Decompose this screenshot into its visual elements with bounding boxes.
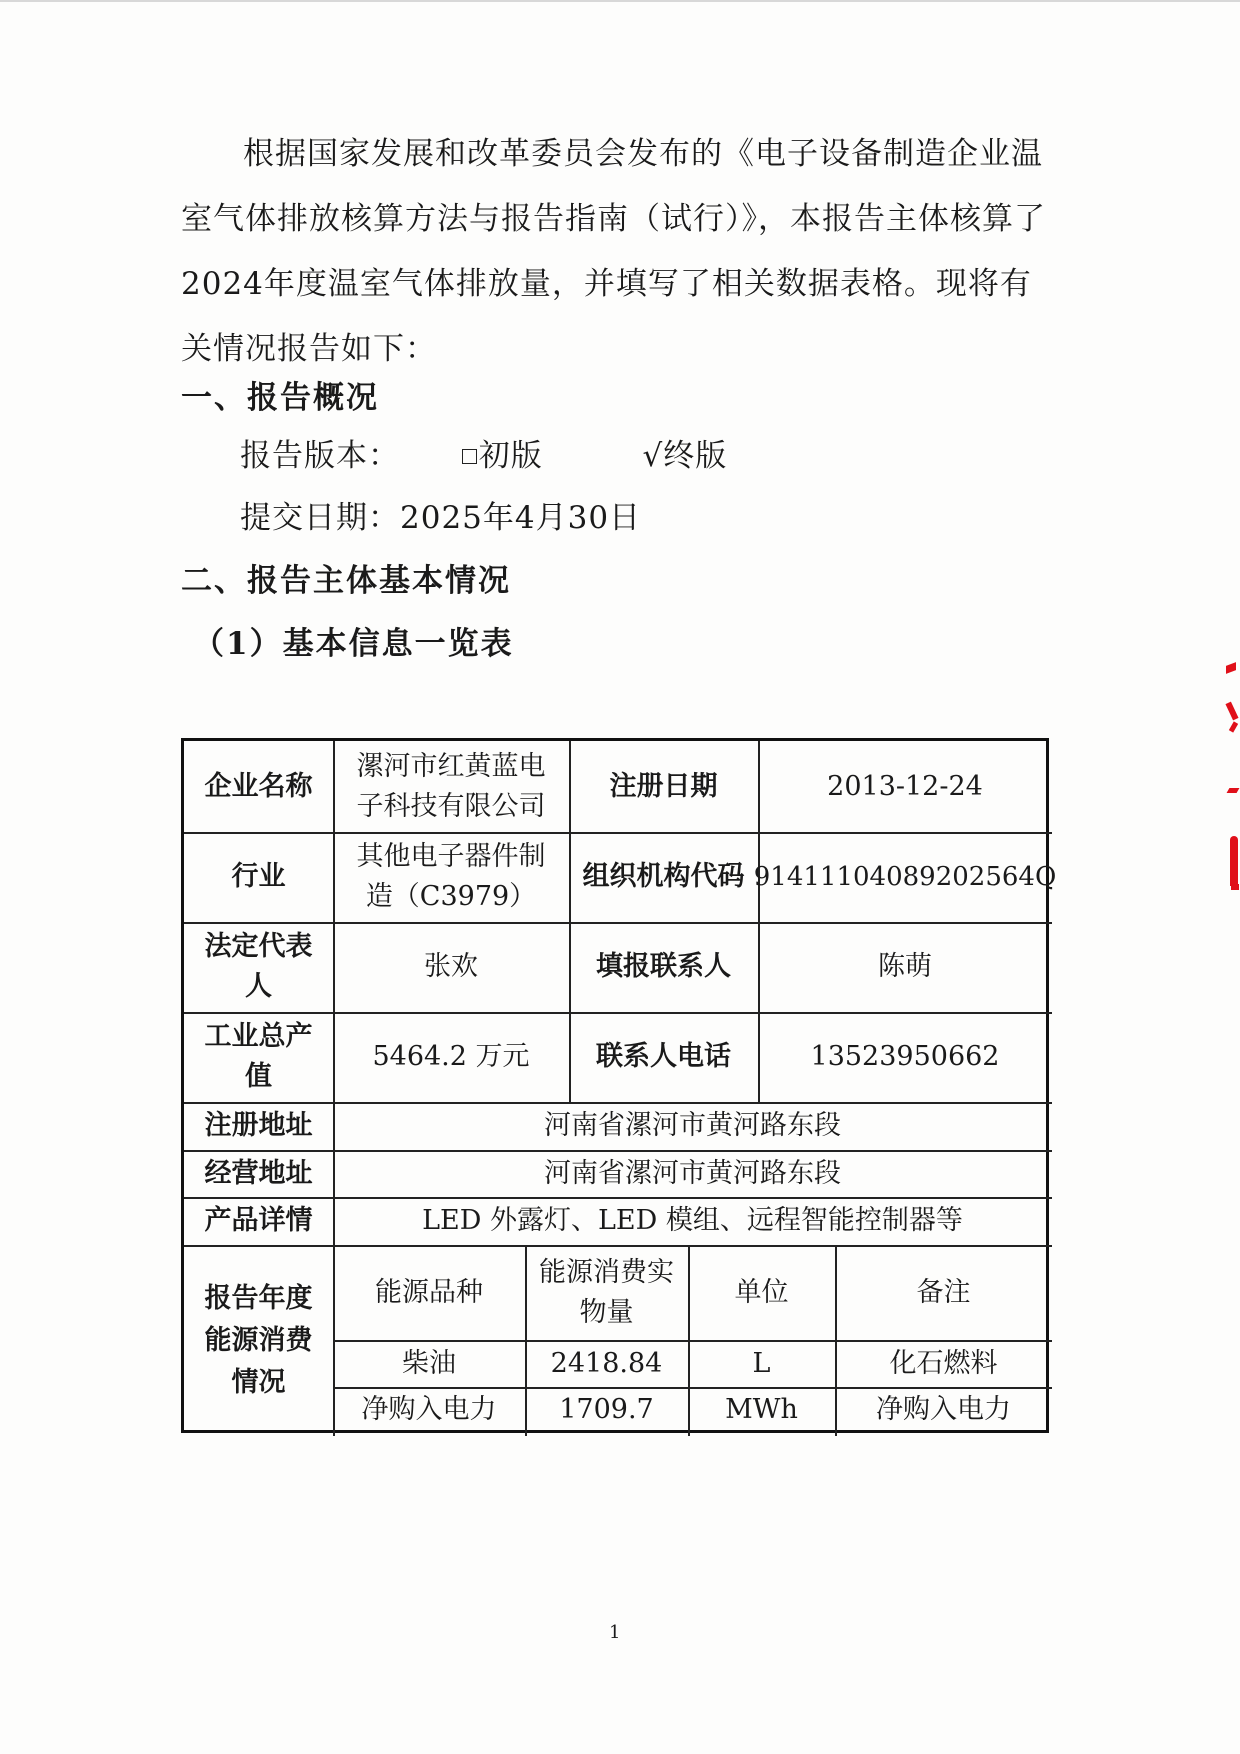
products-value: LED 外露灯、LED 模组、远程智能控制器等 (333, 1197, 1052, 1245)
biz-address-value: 河南省漯河市黄河路东段 (333, 1150, 1052, 1197)
checkmark-icon: √ (642, 438, 663, 474)
contact-value: 陈萌 (758, 922, 1052, 1012)
reg-address-label: 注册地址 (184, 1102, 333, 1150)
company-name-label: 企业名称 (184, 741, 333, 832)
output-value-label-line1: 工业总产 (205, 1017, 313, 1057)
company-name-line1: 漯河市红黄蓝电 (357, 747, 546, 787)
products-label: 产品详情 (184, 1197, 333, 1245)
legal-rep-label: 法定代表 人 (184, 922, 333, 1012)
submit-date-value: 2025年4月30日 (400, 500, 641, 536)
company-name-value: 漯河市红黄蓝电 子科技有限公司 (333, 741, 569, 832)
submit-date-label: 提交日期： (240, 500, 400, 536)
energy-row-type: 柴油 (333, 1340, 525, 1387)
org-code-value: 91411104089202564Q (758, 832, 1052, 922)
energy-label-line3: 情况 (232, 1362, 286, 1404)
reg-date-value: 2013-12-24 (758, 741, 1052, 832)
section-1-title: 一、报告概况 (181, 372, 379, 417)
table-subtitle: （1）基本信息一览表 (193, 618, 514, 663)
page-number: 1 (609, 1622, 620, 1643)
energy-section-label: 报告年度 能源消费 情况 (184, 1245, 333, 1436)
version-option-initial[interactable]: 初版 (462, 438, 554, 474)
output-value-label: 工业总产 值 (184, 1012, 333, 1102)
energy-header-type: 能源品种 (333, 1245, 525, 1340)
report-version-line: 报告版本： 初版 √终版 (240, 430, 727, 475)
energy-header-amount-line1: 能源消费实 (539, 1253, 674, 1293)
report-version-label: 报告版本： (240, 438, 400, 474)
industry-line1: 其他电子器件制 (357, 837, 546, 877)
energy-row-amount: 1709.7 (525, 1387, 688, 1433)
energy-row-unit: MWh (688, 1387, 835, 1433)
section-2-title: 二、报告主体基本情况 (181, 555, 511, 600)
checkbox-empty-icon (462, 449, 477, 464)
company-name-line2: 子科技有限公司 (357, 787, 546, 827)
intro-paragraph: 根据国家发展和改革委员会发布的《电子设备制造企业温室气体排放核算方法与报告指南（… (181, 122, 1061, 382)
version-option-final-label: 终版 (663, 438, 727, 474)
legal-rep-label-line1: 法定代表 (205, 927, 313, 967)
basic-info-table: 企业名称 漯河市红黄蓝电 子科技有限公司 注册日期 2013-12-24 行业 … (181, 738, 1049, 1433)
legal-rep-label-line2: 人 (245, 967, 272, 1007)
industry-value: 其他电子器件制 造（C3979） (333, 832, 569, 922)
reg-address-value: 河南省漯河市黄河路东段 (333, 1102, 1052, 1150)
output-value-label-line2: 值 (245, 1057, 272, 1097)
submit-date-line: 提交日期：2025年4月30日 (240, 492, 641, 537)
energy-label-line2: 能源消费 (205, 1320, 313, 1362)
legal-rep-value: 张欢 (333, 922, 569, 1012)
energy-header-amount-line2: 物量 (580, 1293, 634, 1333)
energy-row-note: 净购入电力 (835, 1387, 1052, 1433)
energy-row-type: 净购入电力 (333, 1387, 525, 1433)
reg-date-label: 注册日期 (569, 741, 758, 832)
energy-row-unit: L (688, 1340, 835, 1387)
energy-header-unit: 单位 (688, 1245, 835, 1340)
energy-row-amount: 2418.84 (525, 1340, 688, 1387)
industry-line2: 造（C3979） (366, 877, 536, 917)
intro-text: 根据国家发展和改革委员会发布的《电子设备制造企业温室气体排放核算方法与报告指南（… (181, 136, 1046, 367)
energy-label-line1: 报告年度 (205, 1278, 313, 1320)
energy-header-note: 备注 (835, 1245, 1052, 1340)
energy-header-amount: 能源消费实 物量 (525, 1245, 688, 1340)
output-value: 5464.2 万元 (333, 1012, 569, 1102)
version-option-final[interactable]: √终版 (642, 438, 727, 474)
org-code-label: 组织机构代码 (569, 832, 758, 922)
energy-row-note: 化石燃料 (835, 1340, 1052, 1387)
scan-edge-line (0, 0, 1240, 2)
phone-label: 联系人电话 (569, 1012, 758, 1102)
version-option-initial-label: 初版 (479, 438, 543, 474)
phone-value: 13523950662 (758, 1012, 1052, 1102)
biz-address-label: 经营地址 (184, 1150, 333, 1197)
contact-label: 填报联系人 (569, 922, 758, 1012)
industry-label: 行业 (184, 832, 333, 922)
